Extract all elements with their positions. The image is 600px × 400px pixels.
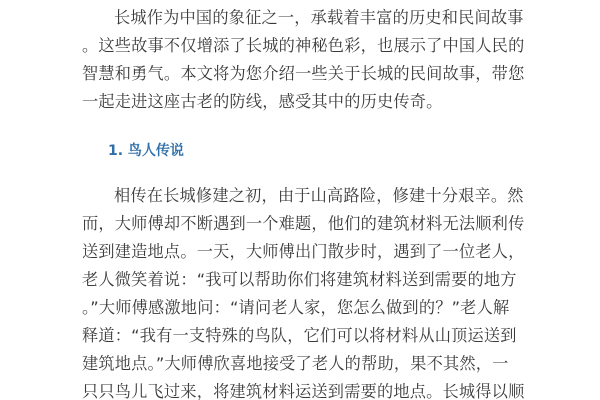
section-line: 只只鸟儿飞过来，将建筑材料运送到需要的地点。长城得以顺 [82,378,522,400]
intro-paragraph: 长城作为中国的象征之一，承载着丰富的历史和民间故事 。这些故事不仅增添了长城的神… [82,4,522,116]
section-paragraph: 相传在长城修建之初，由于山高路险，修建十分艰辛。然 而，大师傅却不断遇到一个难题… [82,182,522,400]
section-line: 老人微笑着说：“我可以帮助你们将建筑材料送到需要的地方 [82,266,522,294]
intro-line: 长城作为中国的象征之一，承载着丰富的历史和民间故事 [82,4,522,32]
article-body: 长城作为中国的象征之一，承载着丰富的历史和民间故事 。这些故事不仅增添了长城的神… [82,4,522,400]
section-line: 。”大师傅感激地问：“请问老人家，您怎么做到的？”老人解 [82,294,522,322]
section-line: 建筑地点。”大师傅欣喜地接受了老人的帮助，果不其然，一 [82,350,522,378]
intro-line: 一起走进这座古老的防线，感受其中的历史传奇。 [82,88,522,116]
section-line: 相传在长城修建之初，由于山高路险，修建十分艰辛。然 [82,182,522,210]
section-line: 送到建造地点。一天，大师傅出门散步时，遇到了一位老人， [82,238,522,266]
intro-line: 。这些故事不仅增添了长城的神秘色彩，也展示了中国人民的 [82,32,522,60]
section-line: 释道：“我有一支特殊的鸟队，它们可以将材料从山顶运送到 [82,322,522,350]
section-line: 而，大师傅却不断遇到一个难题，他们的建筑材料无法顺利传 [82,210,522,238]
section-heading: 1. 鸟人传说 [82,136,522,182]
intro-line: 智慧和勇气。本文将为您介绍一些关于长城的民间故事，带您 [82,60,522,88]
